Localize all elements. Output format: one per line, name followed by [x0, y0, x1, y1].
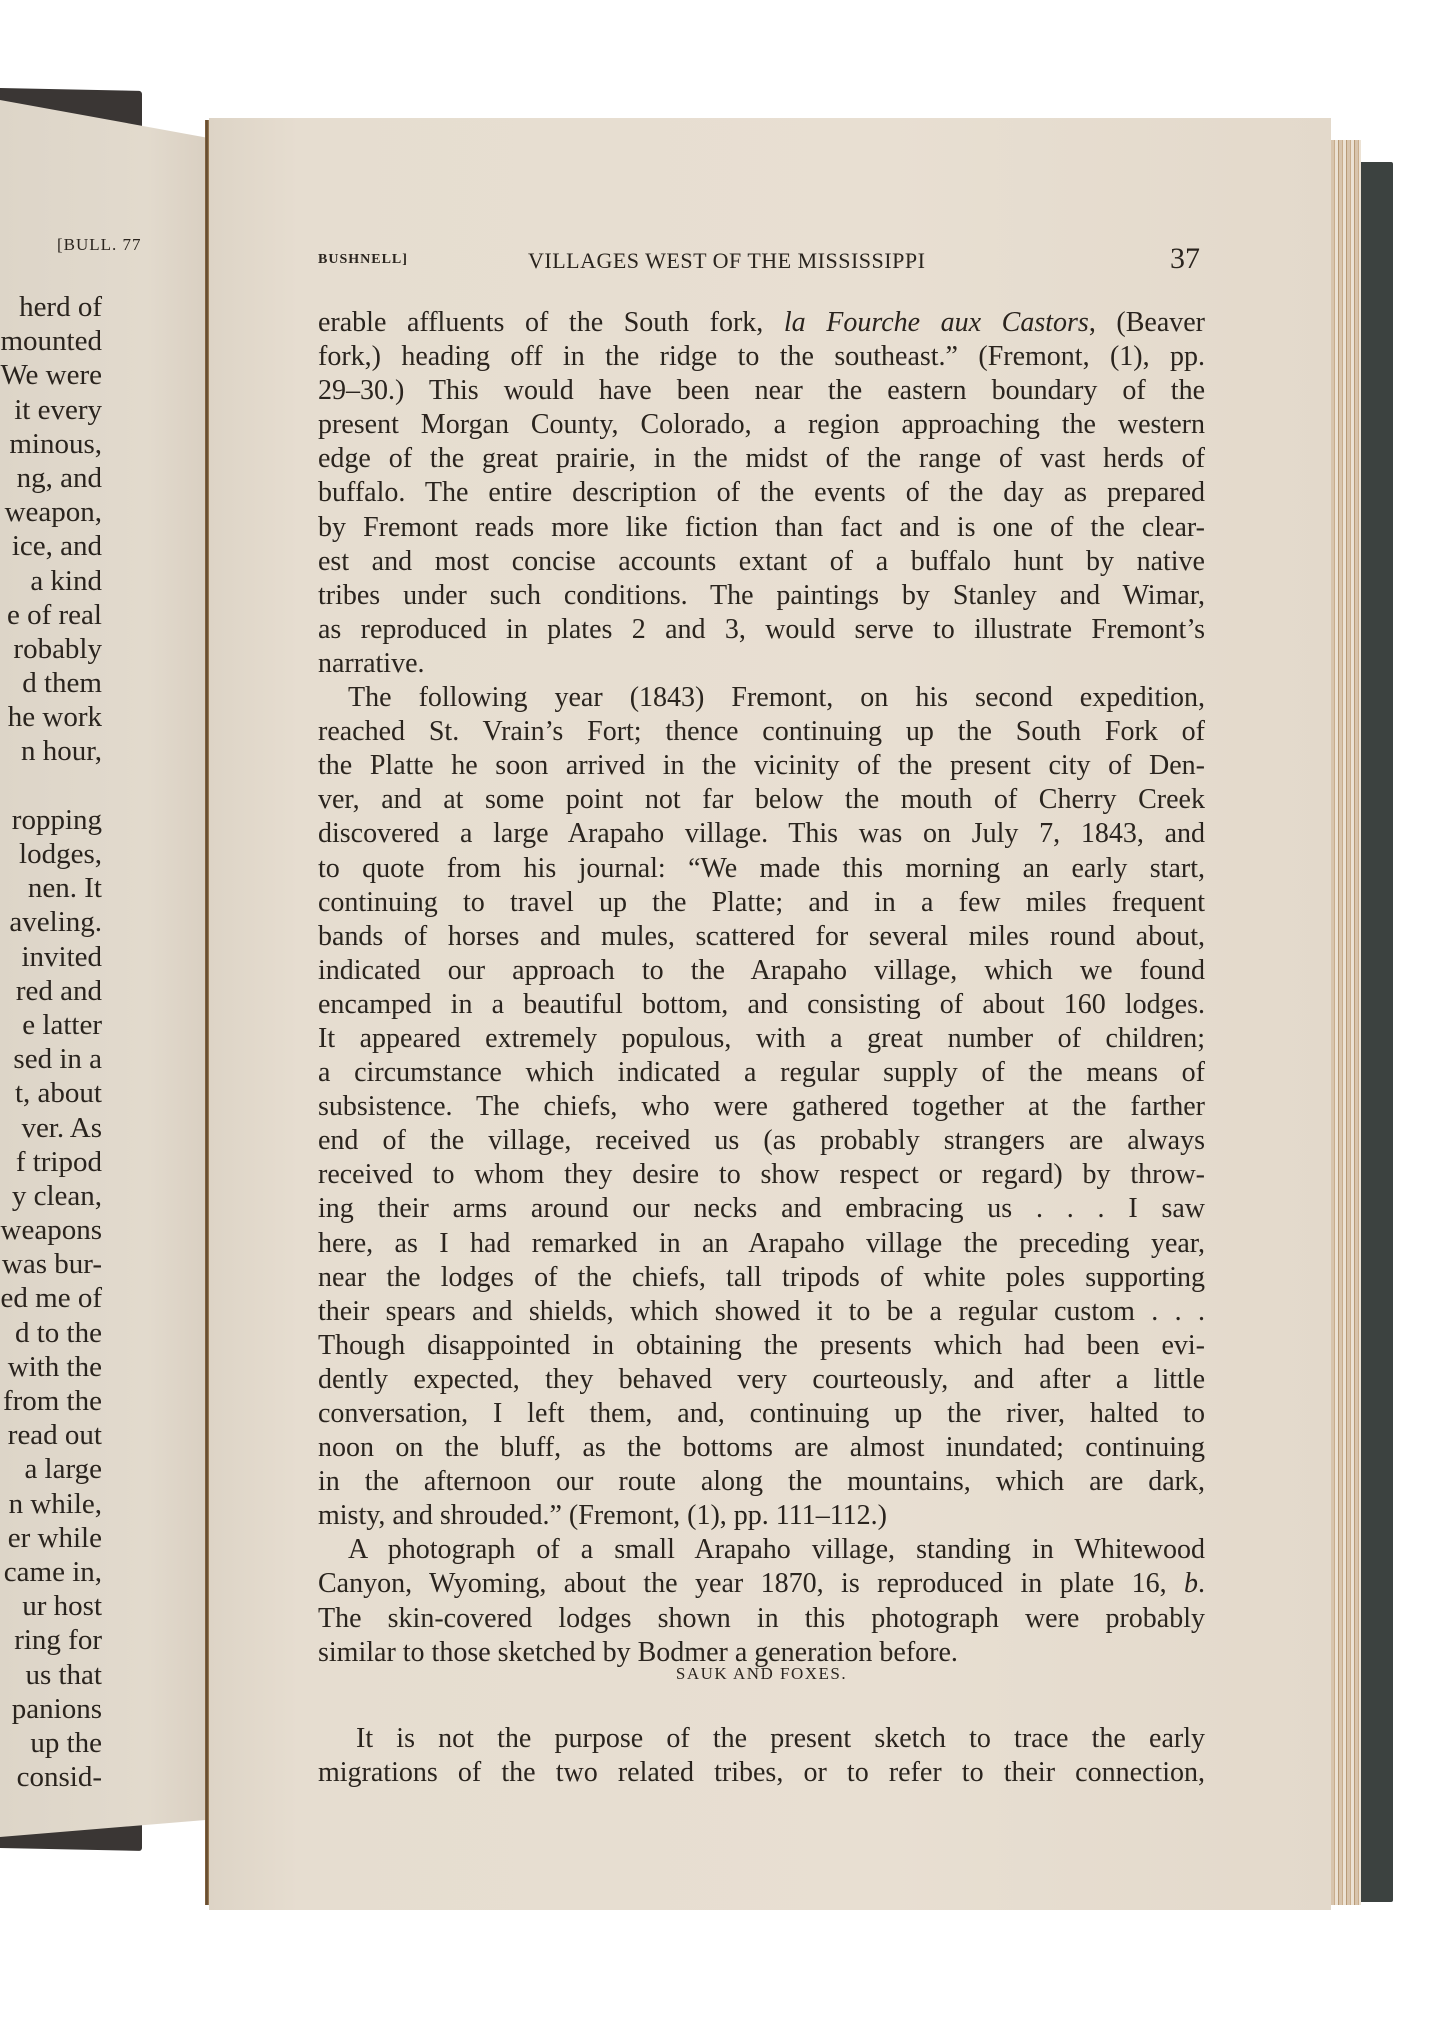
paragraph-4: It is not the purpose of the present ske… [318, 1722, 1205, 1790]
text-line: fork,) heading off in the ridge to the s… [318, 340, 1205, 374]
running-head-author: BUSHNELL] [318, 252, 408, 268]
text-line: it every [0, 393, 102, 427]
running-head: BUSHNELL] VILLAGES WEST OF THE MISSISSIP… [318, 246, 1200, 276]
text-line: indicated our approach to the Arapaho vi… [318, 954, 1205, 988]
text-line: Canyon, Wyoming, about the year 1870, is… [318, 1567, 1205, 1601]
text-line: d them [0, 666, 102, 700]
text-line: us that [0, 1658, 102, 1692]
text-line: weapon, [0, 495, 102, 529]
text-line: the Platte he soon arrived in the vicini… [318, 749, 1205, 783]
text-line: conversation, I left them, and, continui… [318, 1397, 1205, 1431]
text-line: y clean, [0, 1179, 102, 1213]
text-line: The following year (1843) Fremont, on hi… [318, 681, 1205, 715]
text-line: erable affluents of the South fork, la F… [318, 306, 1205, 340]
text-line: a kind [0, 564, 102, 598]
text-line: The skin-covered lodges shown in this ph… [318, 1602, 1205, 1636]
text-line: reached St. Vrain’s Fort; thence continu… [318, 715, 1205, 749]
text-line: present Morgan County, Colorado, a regio… [318, 408, 1205, 442]
text-line: from the [0, 1384, 102, 1418]
text-line: received to whom they desire to show res… [318, 1158, 1205, 1192]
text-line: as reproduced in plates 2 and 3, would s… [318, 613, 1205, 647]
text-line: near the lodges of the chiefs, tall trip… [318, 1261, 1205, 1295]
text-line: noon on the bluff, as the bottoms are al… [318, 1431, 1205, 1465]
text-line: encamped in a beautiful bottom, and cons… [318, 988, 1205, 1022]
text-line: ur host [0, 1589, 102, 1623]
text-line: ng, and [0, 461, 102, 495]
text-line: n hour, [0, 734, 102, 768]
text-line: panions [0, 1692, 102, 1726]
paragraph-3: A photograph of a small Arapaho village,… [318, 1533, 1205, 1669]
text-line: a circumstance which indicated a regular… [318, 1056, 1205, 1090]
text-line: red and [0, 974, 102, 1008]
text-line: aveling. [0, 905, 102, 939]
text-line: weapons [0, 1213, 102, 1247]
text-line: migrations of the two related tribes, or… [318, 1756, 1205, 1790]
text-line: It appeared extremely populous, with a g… [318, 1022, 1205, 1056]
text-line: narrative. [318, 647, 1205, 681]
text-line: e latter [0, 1008, 102, 1042]
text-line: in the afternoon our route along the mou… [318, 1465, 1205, 1499]
text-line: a large [0, 1452, 102, 1486]
text-line: bands of horses and mules, scattered for… [318, 920, 1205, 954]
text-line: er while [0, 1521, 102, 1555]
text-line: subsistence. The chiefs, who were gather… [318, 1090, 1205, 1124]
text-line: edge of the great prairie, in the midst … [318, 442, 1205, 476]
text-line: end of the village, received us (as prob… [318, 1124, 1205, 1158]
text-line: It is not the purpose of the present ske… [318, 1722, 1205, 1756]
left-page-text: herd ofmountedWe wereit everyminous,ng, … [0, 290, 102, 1794]
text-line: to quote from his journal: “We made this… [318, 852, 1205, 886]
text-line: came in, [0, 1555, 102, 1589]
text-line: minous, [0, 427, 102, 461]
body-text: erable affluents of the South fork, la F… [318, 306, 1205, 1670]
text-line: n while, [0, 1487, 102, 1521]
text-line: nen. It [0, 871, 102, 905]
text-line: discovered a large Arapaho village. This… [318, 817, 1205, 851]
text-line [0, 769, 102, 803]
text-line: ver. As [0, 1111, 102, 1145]
text-line: ice, and [0, 529, 102, 563]
text-line: f tripod [0, 1145, 102, 1179]
text-line: robably [0, 632, 102, 666]
page-block-edges [1331, 140, 1361, 1905]
running-head-title: VILLAGES WEST OF THE MISSISSIPPI [528, 248, 925, 274]
text-line: e of real [0, 598, 102, 632]
text-line: ver, and at some point not far below the… [318, 783, 1205, 817]
text-line: 29–30.) This would have been near the ea… [318, 374, 1205, 408]
text-line: est and most concise accounts extant of … [318, 545, 1205, 579]
text-line: herd of [0, 290, 102, 324]
text-line: ring for [0, 1623, 102, 1657]
text-line: was bur- [0, 1247, 102, 1281]
text-line: consid- [0, 1760, 102, 1794]
paragraph-1: erable affluents of the South fork, la F… [318, 306, 1205, 681]
text-line: t, about [0, 1076, 102, 1110]
text-line: buffalo. The entire description of the e… [318, 476, 1205, 510]
text-line: by Fremont reads more like fiction than … [318, 511, 1205, 545]
text-line: here, as I had remarked in an Arapaho vi… [318, 1227, 1205, 1261]
paragraph-2: The following year (1843) Fremont, on hi… [318, 681, 1205, 1533]
text-line: invited [0, 940, 102, 974]
left-running-head: [BULL. 77 [57, 235, 142, 255]
text-line: continuing to travel up the Platte; and … [318, 886, 1205, 920]
text-line: misty, and shrouded.” (Fremont, (1), pp.… [318, 1499, 1205, 1533]
text-line: mounted [0, 324, 102, 358]
text-line: tribes under such conditions. The painti… [318, 579, 1205, 613]
text-line: sed in a [0, 1042, 102, 1076]
text-line: read out [0, 1418, 102, 1452]
text-line: We were [0, 358, 102, 392]
text-line: ing their arms around our necks and embr… [318, 1192, 1205, 1226]
text-line: lodges, [0, 837, 102, 871]
page-number: 37 [1170, 242, 1200, 276]
text-line: ropping [0, 803, 102, 837]
text-line: d to the [0, 1316, 102, 1350]
text-line: with the [0, 1350, 102, 1384]
text-line: up the [0, 1726, 102, 1760]
text-line: he work [0, 700, 102, 734]
text-line: Though disappointed in obtaining the pre… [318, 1329, 1205, 1363]
text-line: their spears and shields, which showed i… [318, 1295, 1205, 1329]
gutter [205, 120, 209, 1905]
text-line: ed me of [0, 1281, 102, 1315]
text-line: A photograph of a small Arapaho village,… [318, 1533, 1205, 1567]
book-cover-right [1361, 162, 1393, 1902]
text-line: dently expected, they behaved very court… [318, 1363, 1205, 1397]
section-heading: SAUK AND FOXES. [318, 1664, 1205, 1684]
